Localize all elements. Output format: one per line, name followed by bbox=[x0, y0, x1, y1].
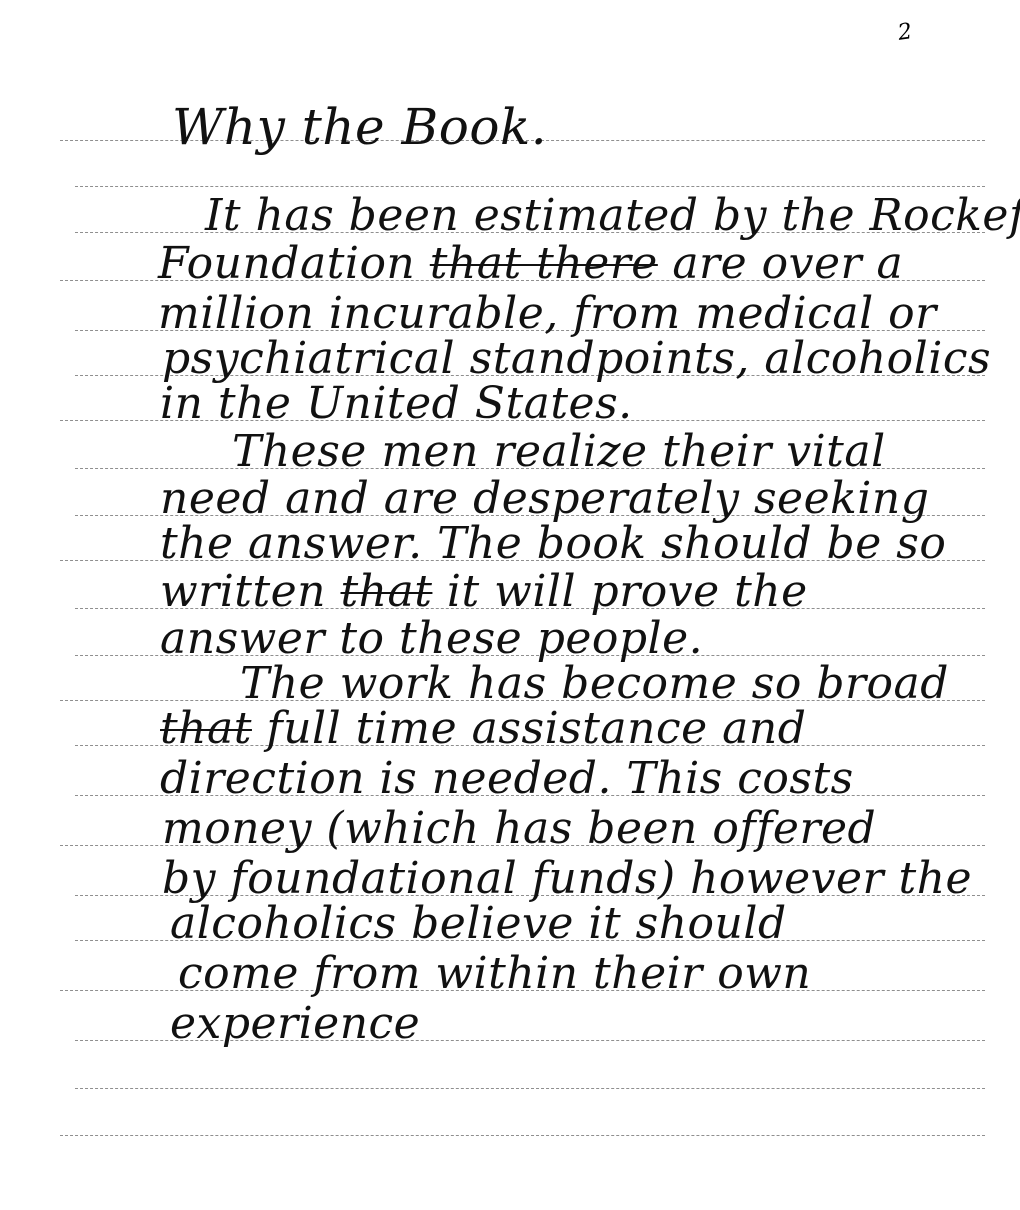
line-text: experience bbox=[170, 998, 420, 1049]
line-text: money (which has been offered bbox=[162, 803, 876, 854]
struck-text: that bbox=[160, 703, 252, 754]
line-text: come from within their own bbox=[178, 948, 811, 999]
struck-text: that there bbox=[430, 238, 658, 289]
handwritten-line: direction is needed. This costs bbox=[160, 757, 854, 801]
ruled-line bbox=[75, 186, 985, 187]
handwritten-line: experience bbox=[170, 1002, 420, 1046]
page-title: Why the Book. bbox=[172, 102, 547, 152]
handwritten-line: alcoholics believe it should bbox=[170, 902, 787, 946]
line-text: These men realize their vital bbox=[232, 426, 886, 477]
page-number: 2 bbox=[896, 19, 913, 46]
line-text: it will prove the bbox=[432, 566, 807, 617]
line-text: are over a bbox=[658, 238, 903, 289]
handwritten-line: These men realize their vital bbox=[232, 430, 886, 474]
line-text: in the United States. bbox=[160, 378, 633, 429]
line-text: need and are desperately seeking bbox=[160, 473, 929, 524]
handwritten-line: answer to these people. bbox=[160, 617, 703, 661]
line-text: answer to these people. bbox=[160, 613, 703, 664]
line-text: direction is needed. This costs bbox=[160, 753, 854, 804]
ruled-line bbox=[60, 1135, 985, 1136]
line-text: written bbox=[160, 566, 341, 617]
handwritten-line: in the United States. bbox=[160, 382, 633, 426]
line-text: psychiatrical standpoints, alcoholics bbox=[162, 333, 991, 384]
line-text: full time assistance and bbox=[252, 703, 806, 754]
line-text: It has been estimated by the Rockefeller bbox=[205, 190, 1020, 241]
handwritten-line: Foundation that there are over a bbox=[158, 242, 903, 286]
handwritten-line: that full time assistance and bbox=[160, 707, 806, 751]
handwritten-line: money (which has been offered bbox=[162, 807, 876, 851]
struck-text: that bbox=[341, 566, 433, 617]
line-text: Foundation bbox=[158, 238, 430, 289]
line-text: The work has become so broad bbox=[240, 658, 949, 709]
handwritten-line: come from within their own bbox=[178, 952, 811, 996]
handwritten-line: written that it will prove the bbox=[160, 570, 808, 614]
handwritten-line: The work has become so broad bbox=[240, 662, 949, 706]
handwritten-line: It has been estimated by the Rockefeller bbox=[205, 194, 1020, 238]
line-text: million incurable, from medical or bbox=[158, 288, 937, 339]
handwritten-line: psychiatrical standpoints, alcoholics bbox=[162, 337, 991, 381]
line-text: by foundational funds) however the bbox=[162, 853, 972, 904]
handwritten-line: the answer. The book should be so bbox=[160, 522, 946, 566]
handwritten-line: million incurable, from medical or bbox=[158, 292, 937, 336]
handwritten-line: need and are desperately seeking bbox=[160, 477, 929, 521]
handwritten-page: 2 Why the Book. It has been estimated by… bbox=[0, 0, 1020, 1210]
handwritten-line: by foundational funds) however the bbox=[162, 857, 972, 901]
line-text: alcoholics believe it should bbox=[170, 898, 787, 949]
line-text: the answer. The book should be so bbox=[160, 518, 946, 569]
ruled-line bbox=[75, 1088, 985, 1089]
